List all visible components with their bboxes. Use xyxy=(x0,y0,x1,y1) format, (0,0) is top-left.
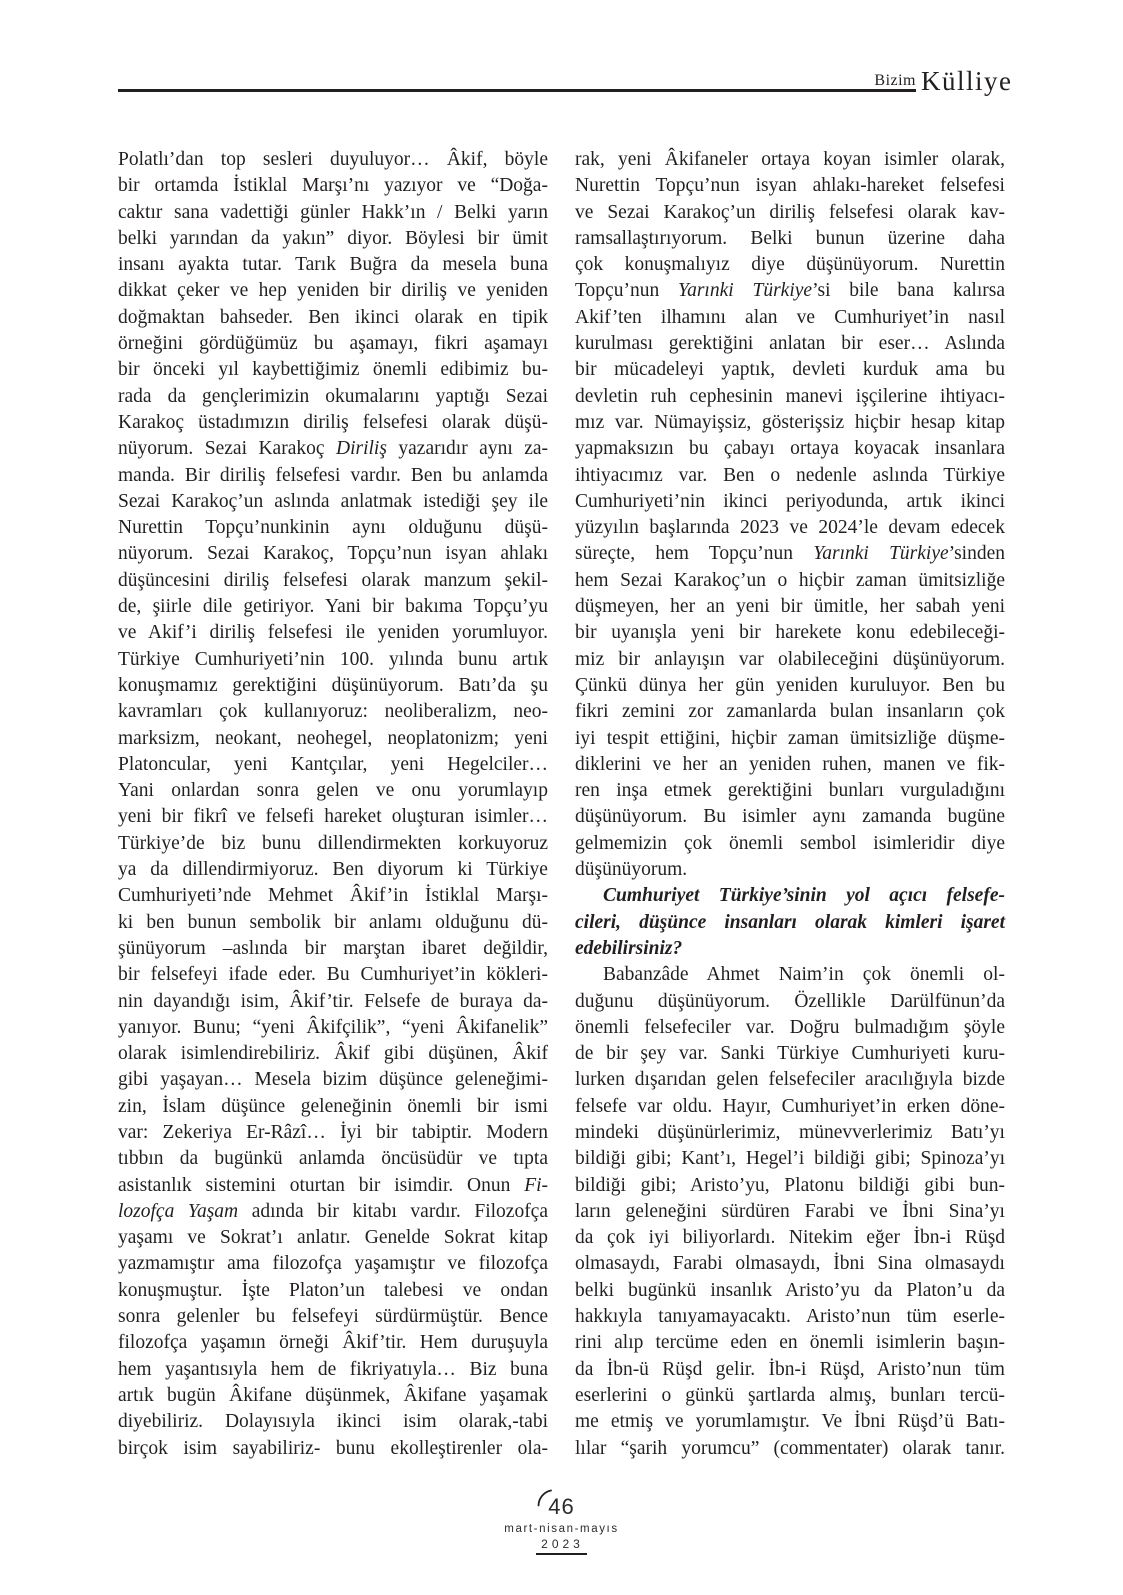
text-line: rada da gençlerimizin okumalarını yaptığ… xyxy=(118,384,548,410)
text-line: asistanlık sistemini oturtan bir isimdir… xyxy=(118,1173,548,1199)
text-line: var: Zekeriya Er-Râzî… İyi bir tabiptir.… xyxy=(118,1120,548,1146)
article-columns: Polatlı’dan top sesleri duyuluyor… Âkif,… xyxy=(118,147,1005,1462)
text-line: kurulması gerektiğini anlatan bir eser… … xyxy=(575,331,1005,357)
text-line: olmasaydı, Farabi olmasaydı, İbni Sina o… xyxy=(575,1251,1005,1277)
article-column-right: rak, yeni Âkifaneler ortaya koyan isimle… xyxy=(575,147,1005,1462)
text-line: yüzyılın başlarında 2023 ve 2024’le deva… xyxy=(575,515,1005,541)
text-line: ren inşa etmek gerektiğini bunları vurgu… xyxy=(575,778,1005,804)
text-line: lurken dışarıdan gelen felsefeciler arac… xyxy=(575,1067,1005,1093)
article-column-left: Polatlı’dan top sesleri duyuluyor… Âkif,… xyxy=(118,147,548,1462)
text-line: dikkat çeker ve hep yeniden bir diriliş … xyxy=(118,278,548,304)
text-line: ve Sezai Karakoç’un diriliş felsefesi ol… xyxy=(575,200,1005,226)
header-rule xyxy=(118,89,916,92)
text-line: belki yarından da yakın” diyor. Böylesi … xyxy=(118,226,548,252)
text-line: yazmamıştır ama filozofça yaşamıştır ve … xyxy=(118,1251,548,1277)
text-line: Nurettin Topçu’nun isyan ahlakı-hareket … xyxy=(575,173,1005,199)
text-line: hem yaşantısıyla hem de fikriyatıyla… Bi… xyxy=(118,1357,548,1383)
text-line: Yani onlardan sonra gelen ve onu yorumla… xyxy=(118,778,548,804)
text-line: felsefe var oldu. Hayır, Cumhuriyet’in e… xyxy=(575,1094,1005,1120)
magazine-brand-small: Bizim xyxy=(874,72,916,90)
text-line: marksizm, neokant, neohegel, neoplatoniz… xyxy=(118,726,548,752)
text-line: de, şiirle dile getiriyor. Yani bir bakı… xyxy=(118,594,548,620)
text-line: ların geleneğini sürdüren Farabi ve İbni… xyxy=(575,1199,1005,1225)
text-line: bir uyanışla yeni bir harekete konu edeb… xyxy=(575,620,1005,646)
text-line: fikri zemini zor zamanlarda bulan insanl… xyxy=(575,699,1005,725)
text-line: lozofça Yaşam adında bir kitabı vardır. … xyxy=(118,1199,548,1225)
text-line: edebilirsiniz? xyxy=(575,936,1005,962)
text-line: artık bugün Âkifane düşünmek, Âkifane ya… xyxy=(118,1383,548,1409)
text-line: sonra gelenler bu felsefeyi sürdürmüştür… xyxy=(118,1304,548,1330)
magazine-brand-large: Külliye xyxy=(921,66,1013,97)
text-line: belki bugünkü insanlık Aristo’yu da Plat… xyxy=(575,1278,1005,1304)
text-line: düşünüyorum. Bu isimler aynı zamanda bug… xyxy=(575,804,1005,830)
text-line: mindeki düşünürlerimiz, münevverlerimiz … xyxy=(575,1120,1005,1146)
text-line: birçok isim sayabiliriz- bunu ekolleştir… xyxy=(118,1436,548,1462)
text-line: eserlerini o günkü şartlarda almış, bunl… xyxy=(575,1383,1005,1409)
text-line: iyi tespit ettiğini, hiçbir zaman ümitsi… xyxy=(575,726,1005,752)
text-line: devletin ruh cephesinin manevi işçilerin… xyxy=(575,384,1005,410)
text-line: çok konuşmalıyız diye düşünüyorum. Nuret… xyxy=(575,252,1005,278)
text-line: Karakoç üstadımızın diriliş felsefesi ol… xyxy=(118,410,548,436)
text-line: insanı ayakta tutar. Tarık Buğra da mese… xyxy=(118,252,548,278)
text-line: şünüyorum –aslında bir marştan ibaret de… xyxy=(118,936,548,962)
text-line: duğunu düşünüyorum. Özellikle Darülfünun… xyxy=(575,989,1005,1015)
text-line: tıbbın da bugünkü anlamda öncüsüdür ve t… xyxy=(118,1146,548,1172)
text-line: önemli felsefeciler var. Doğru bulmadığı… xyxy=(575,1015,1005,1041)
text-line: ki ben bunun sembolik bir anlamı olduğun… xyxy=(118,910,548,936)
page-number-block: 46 xyxy=(548,1496,574,1518)
text-line: örneğini gördüğümüz bu aşamayı, fikri aş… xyxy=(118,331,548,357)
text-line: hakkıyla tanıyamayacaktı. Aristo’nun tüm… xyxy=(575,1304,1005,1330)
text-line: ramsallaştırıyorum. Belki bunun üzerine … xyxy=(575,226,1005,252)
text-line: de bir şey var. Sanki Türkiye Cumhuriyet… xyxy=(575,1041,1005,1067)
text-line: yeni bir fikrî ve felsefi hareket oluştu… xyxy=(118,804,548,830)
text-line: ya da dillendirmiyoruz. Ben diyorum ki T… xyxy=(118,857,548,883)
text-line: yanıyor. Bunu; “yeni Âkifçilik”, “yeni Â… xyxy=(118,1015,548,1041)
text-line: Topçu’nun Yarınki Türkiye’si bile bana k… xyxy=(575,278,1005,304)
text-line: Çünkü dünya her gün yeniden kuruluyor. B… xyxy=(575,673,1005,699)
text-line: nüyorum. Sezai Karakoç, Topçu’nun isyan … xyxy=(118,541,548,567)
text-line: bildiği gibi; Aristo’yu, Platonu bildiği… xyxy=(575,1173,1005,1199)
text-line: düşmeyen, her an yeni bir ümitle, her sa… xyxy=(575,594,1005,620)
text-line: bir mücadeleyi yaptık, devleti kurduk am… xyxy=(575,357,1005,383)
page-footer: 46 mart-nisan-mayıs 2023 xyxy=(0,1496,1123,1555)
text-line: gibi yaşayan… Mesela bizim düşünce gelen… xyxy=(118,1067,548,1093)
text-line: filozofça yaşamın örneği Âkif’tir. Hem d… xyxy=(118,1330,548,1356)
text-line: nüyorum. Sezai Karakoç Diriliş yazarıdır… xyxy=(118,436,548,462)
text-line: bildiği gibi; Kant’ı, Hegel’i bildiği gi… xyxy=(575,1146,1005,1172)
text-line: da çok iyi biliyorlardı. Nitekim eğer İb… xyxy=(575,1225,1005,1251)
text-line: caktır sana vadettiği günler Hakk’ın / B… xyxy=(118,200,548,226)
text-line: ihtiyacımız var. Ben o nedenle aslında T… xyxy=(575,463,1005,489)
text-line: kavramları çok kullanıyoruz: neoliberali… xyxy=(118,699,548,725)
text-line: Polatlı’dan top sesleri duyuluyor… Âkif,… xyxy=(118,147,548,173)
text-line: doğmaktan bahseder. Ben ikinci olarak en… xyxy=(118,305,548,331)
text-line: me etmiş ve yorumlamıştır. Ve İbni Rüşd’… xyxy=(575,1409,1005,1435)
text-line: cileri, düşünce insanları olarak kimleri… xyxy=(575,910,1005,936)
text-line: diyebiliriz. Dolayısıyla ikinci isim ola… xyxy=(118,1409,548,1435)
text-line: bir ortamda İstiklal Marşı’nı yazıyor ve… xyxy=(118,173,548,199)
text-line: lılar “şarih yorumcu” (commentater) olar… xyxy=(575,1436,1005,1462)
text-line: yapmaksızın bu çabayı ortaya koyacak ins… xyxy=(575,436,1005,462)
text-line: diklerini ve her an yeniden ruhen, manen… xyxy=(575,752,1005,778)
text-line: konuşmamız gerektiğini düşünüyorum. Batı… xyxy=(118,673,548,699)
text-line: Türkiye’de biz bunu dillendirmekten kork… xyxy=(118,831,548,857)
text-line: Nurettin Topçu’nunkinin aynı olduğunu dü… xyxy=(118,515,548,541)
text-line: ve Akif’i diriliş felsefesi ile yeniden … xyxy=(118,620,548,646)
text-line: hem Sezai Karakoç’un o hiçbir zaman ümit… xyxy=(575,568,1005,594)
text-line: olarak isimlendirebiliriz. Âkif gibi düş… xyxy=(118,1041,548,1067)
text-line: Platoncular, yeni Kantçılar, yeni Hegelc… xyxy=(118,752,548,778)
text-line: manda. Bir diriliş felsefesi vardır. Ben… xyxy=(118,463,548,489)
text-line: nin dayandığı isim, Âkif’tir. Felsefe de… xyxy=(118,989,548,1015)
text-line: rini alıp tercüme eden en önemli isimler… xyxy=(575,1330,1005,1356)
text-line: süreçte, hem Topçu’nun Yarınki Türkiye’s… xyxy=(575,541,1005,567)
text-line: bir önceki yıl kaybettiğimiz önemli edib… xyxy=(118,357,548,383)
text-line: da İbn-ü Rüşd gelir. İbn-i Rüşd, Aristo’… xyxy=(575,1357,1005,1383)
text-line: Türkiye Cumhuriyeti’nin 100. yılında bun… xyxy=(118,647,548,673)
page-header: Bizim Külliye xyxy=(0,0,1123,140)
footer-issue-year: 2023 xyxy=(536,1537,587,1555)
text-line: miz bir anlayışın var olabileceğini düşü… xyxy=(575,647,1005,673)
footer-arc-icon xyxy=(537,1489,555,1507)
text-line: zin, İslam düşünce geleneğinin önemli bi… xyxy=(118,1094,548,1120)
text-line: düşünüyorum. xyxy=(575,857,1005,883)
text-line: gelmemizin çok önemli sembol isimleridir… xyxy=(575,831,1005,857)
text-line: Sezai Karakoç’un aslında anlatmak istedi… xyxy=(118,489,548,515)
text-line: düşüncesini diriliş felsefesi olarak man… xyxy=(118,568,548,594)
text-line: mız var. Nümayişsiz, gösterişsiz hiçbir … xyxy=(575,410,1005,436)
text-line: yaşamı ve Sokrat’ı anlatır. Genelde Sokr… xyxy=(118,1225,548,1251)
footer-issue-months: mart-nisan-mayıs xyxy=(0,1523,1123,1535)
text-line: Babanzâde Ahmet Naim’in çok önemli ol- xyxy=(575,962,1005,988)
text-line: Cumhuriyeti’nde Mehmet Âkif’in İstiklal … xyxy=(118,883,548,909)
text-line: konuşmuştur. İşte Platon’un talebesi ve … xyxy=(118,1278,548,1304)
text-line: bir felsefeyi ifade eder. Bu Cumhuriyet’… xyxy=(118,962,548,988)
text-line: rak, yeni Âkifaneler ortaya koyan isimle… xyxy=(575,147,1005,173)
text-line: Cumhuriyeti’nin ikinci periyodunda, artı… xyxy=(575,489,1005,515)
text-line: Cumhuriyet Türkiye’sinin yol açıcı felse… xyxy=(575,883,1005,909)
text-line: Akif’ten ilhamını alan ve Cumhuriyet’in … xyxy=(575,305,1005,331)
